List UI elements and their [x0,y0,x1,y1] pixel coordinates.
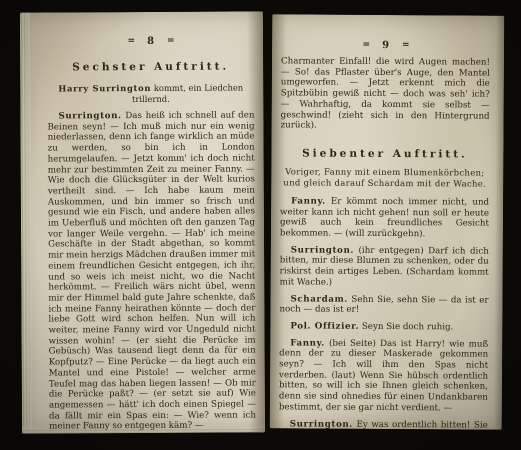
dialog-text: Das heiß ich schnell auf den Beinen seyn… [47,110,256,431]
page-edge-stack-left [20,13,32,434]
dialog-paragraph: Schardam. Sehn Sie, sehn Sie — da ist er… [279,294,488,317]
header-dash-icon: = [167,36,174,46]
right-page: =9= Charmanter Einfall! die wird Augen m… [270,14,505,429]
dialog-paragraph: Pol. Offizier. Seyn Sie doch ruhig. [279,321,488,333]
continuation-paragraph: Charmanter Einfall! die wird Augen mache… [281,56,490,132]
dialog-paragraph: Surrington. Ey was ordentlich bitten! Si… [279,419,488,430]
character-name: Harry Surrington [58,83,151,93]
stage-direction-line: und gleich darauf Schardam mit der Wache… [280,178,489,190]
speaker-name: Schardam. [290,294,347,304]
speaker-name: Fanny. [290,338,325,348]
header-dash-icon: = [363,40,370,50]
header-dash-icon: = [127,36,134,46]
dialog-paragraph: Surrington. Das heiß ich schnell auf den… [47,110,256,432]
speaker-name: Fanny. [291,196,326,206]
speaker-name: Surrington. [58,111,121,121]
speaker-name: Pol. Offizier. [290,321,359,331]
left-page: =8= Sechster Auftritt. Harry Surrington … [20,11,265,433]
dialog-paragraph: Surrington. (ihr entgegen) Darf ich dich… [280,245,489,289]
book-photo: =8= Sechster Auftritt. Harry Surrington … [0,0,521,450]
catchword: Char- [49,433,256,434]
speaker-name: Surrington. [291,245,354,255]
left-page-header: =8= [47,35,254,48]
right-page-header: =9= [281,39,490,52]
dialog-paragraph: Fanny. Er kömmt noch immer nicht, und we… [280,196,489,240]
left-scene-heading: Sechster Auftritt. [47,60,254,73]
right-page-number: 9 [382,40,389,51]
right-scene-heading: Siebenter Auftritt. [280,147,489,160]
speaker-name: Surrington. [290,419,353,429]
right-stage-direction: Voriger, Fanny mit einem Blumenkörbchen;… [280,167,489,190]
dialog-text: (bei Seite) Das ist Harry! wie muß denn … [279,338,488,413]
dialog-text: Seyn Sie doch ruhig. [359,322,453,333]
dialog-text: Charmanter Einfall! die wird Augen mache… [281,56,490,130]
left-page-number: 8 [147,36,154,47]
page-edge-shadow-right [494,16,505,430]
dialog-paragraph: Fanny. (bei Seite) Das ist Harry! wie mu… [279,338,488,414]
header-dash-icon: = [402,40,409,50]
left-stage-direction: Harry Surrington kommt, ein Liedchen tri… [47,82,254,104]
